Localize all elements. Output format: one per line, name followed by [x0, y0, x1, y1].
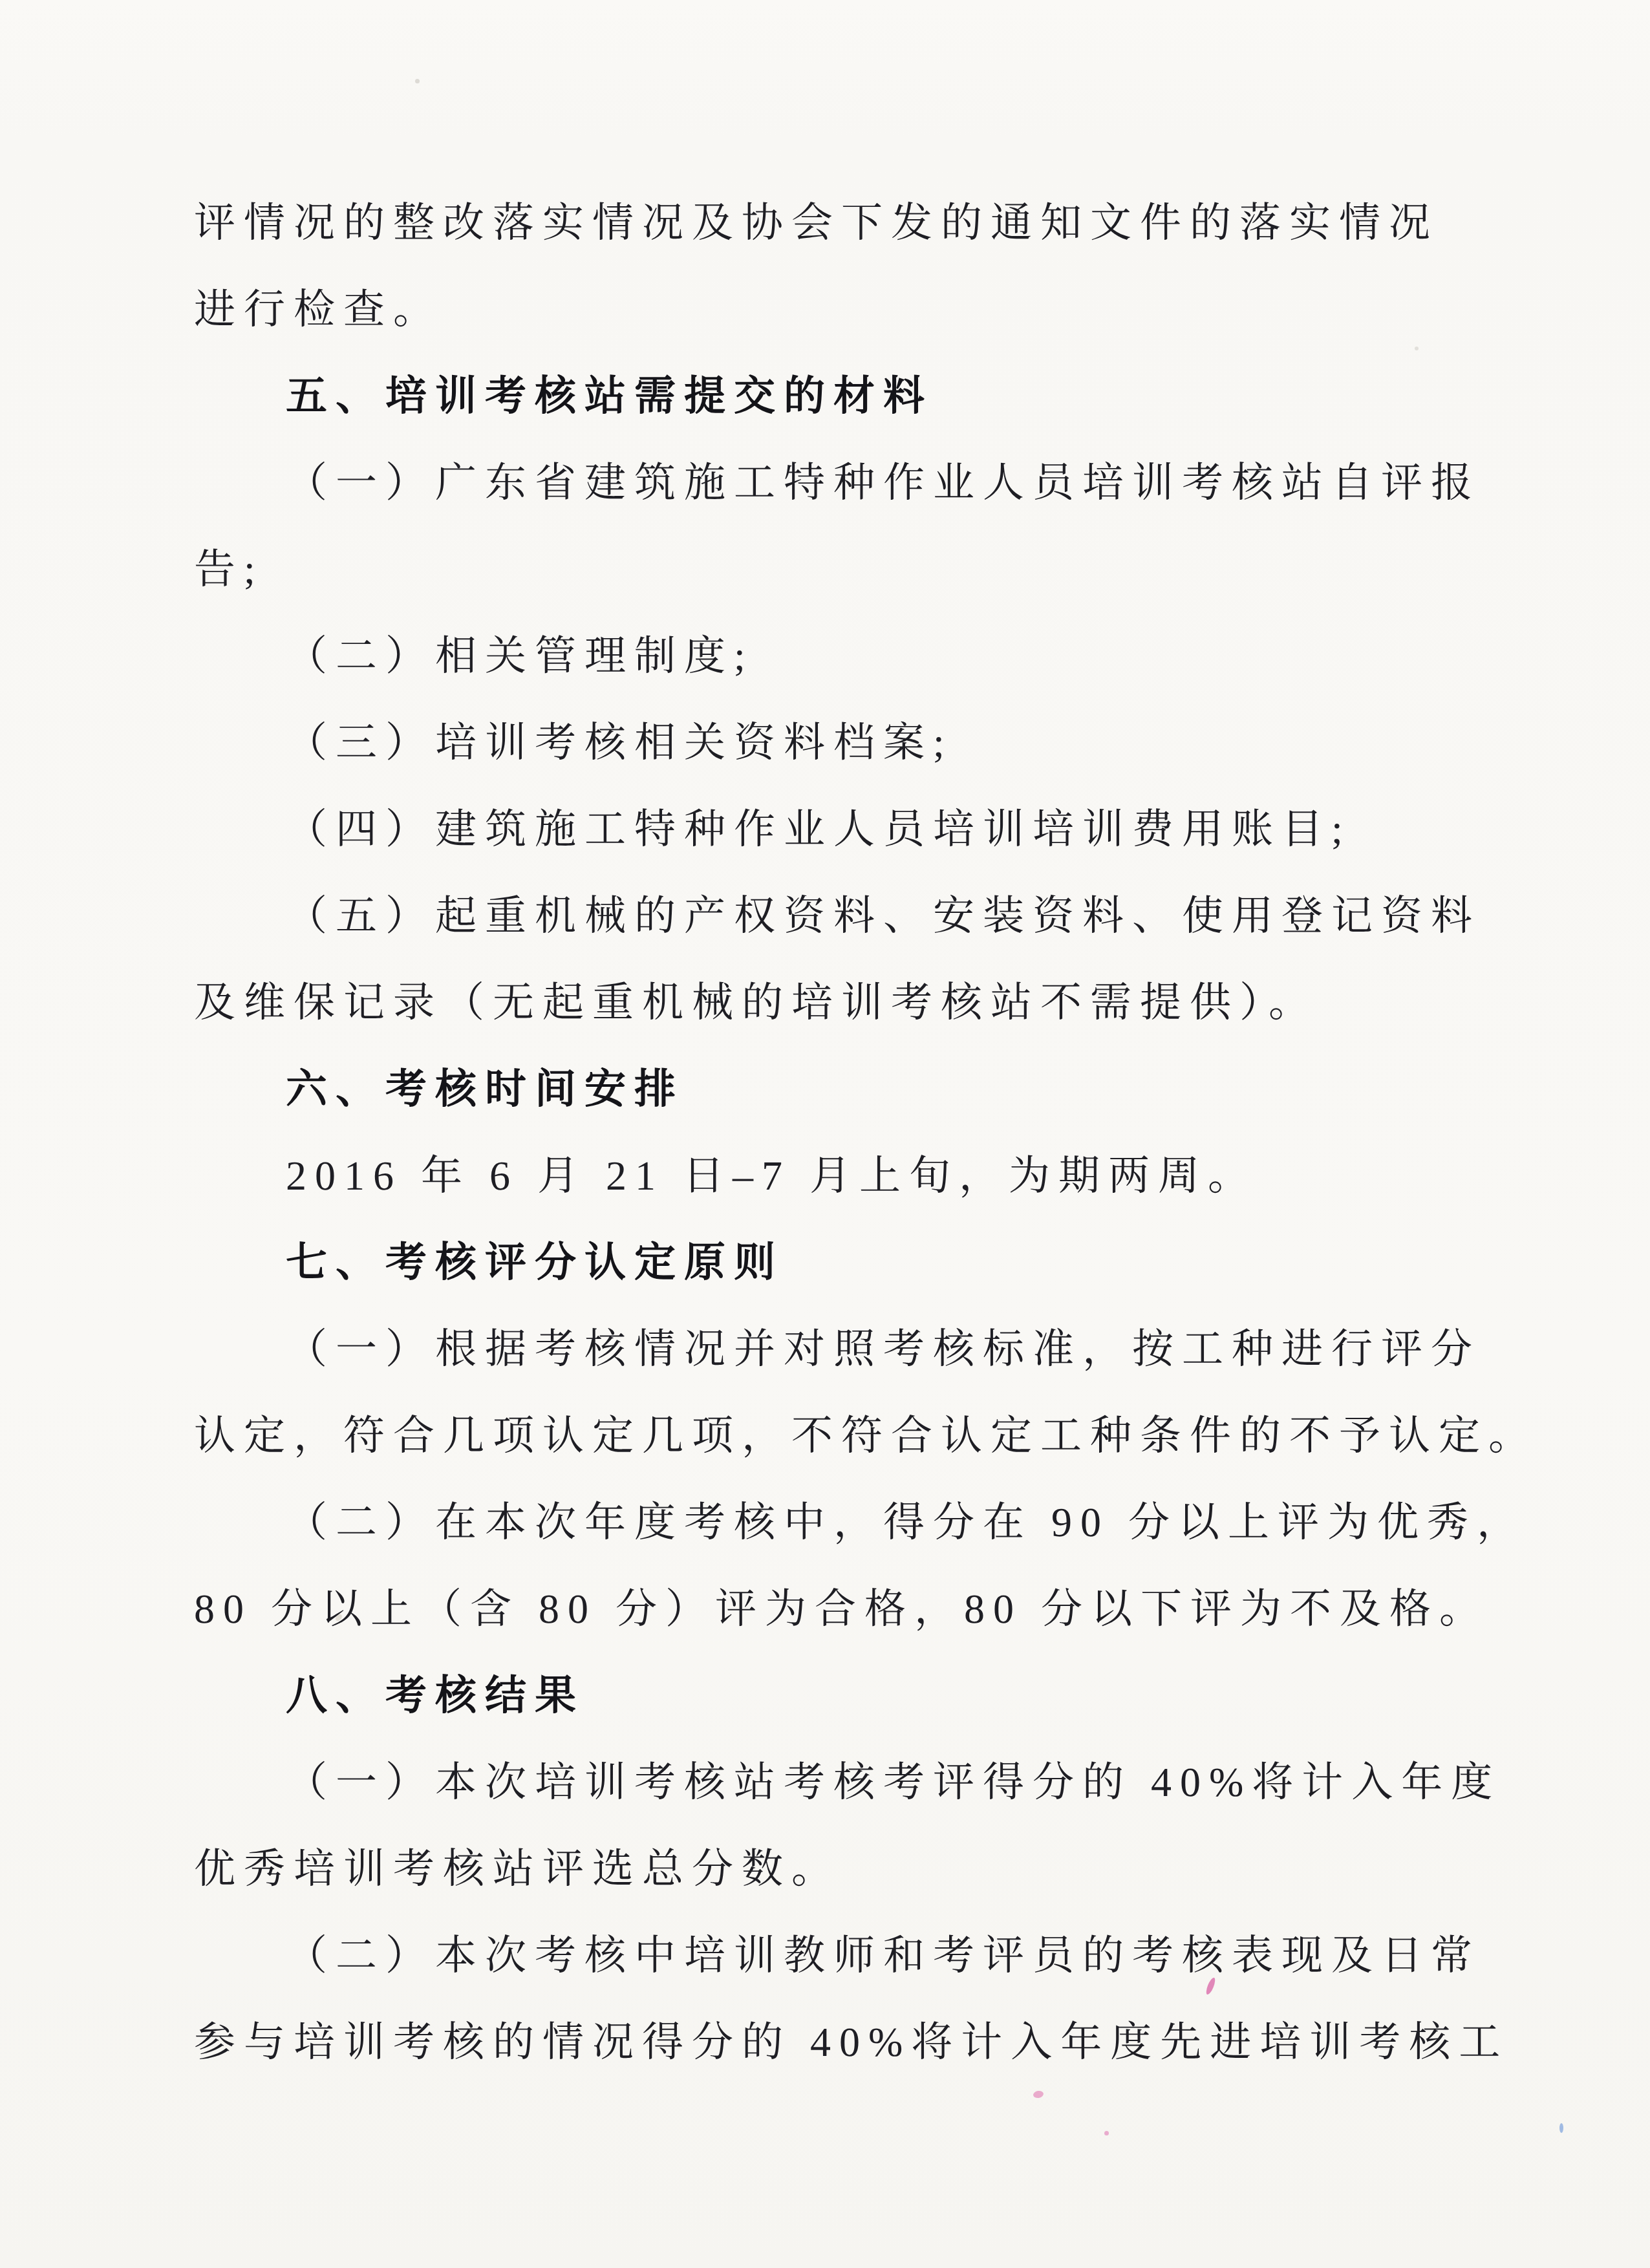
text-line: （一）根据考核情况并对照考核标准，按工种进行评分 [194, 1306, 1481, 1393]
text-line: 告; [194, 526, 1481, 613]
text-line: （二）相关管理制度; [194, 613, 1481, 700]
section-heading: 七、考核评分认定原则 [194, 1219, 1481, 1306]
text-line: （四）建筑施工特种作业人员培训培训费用账目; [194, 786, 1481, 873]
pink-pen-mark [1104, 2131, 1109, 2135]
scan-speck [415, 79, 420, 83]
text-line: 评情况的整改落实情况及协会下发的通知文件的落实情况 [194, 180, 1481, 266]
text-line: （五）起重机械的产权资料、安装资料、使用登记资料 [194, 873, 1481, 959]
text-line: 2016 年 6 月 21 日–7 月上旬，为期两周。 [194, 1133, 1481, 1219]
scan-speck [1415, 347, 1419, 350]
document-text-block: 评情况的整改落实情况及协会下发的通知文件的落实情况 进行检查。 五、培训考核站需… [194, 180, 1481, 2086]
text-line: （三）培训考核相关资料档案; [194, 700, 1481, 786]
text-line: （一）本次培训考核站考核考评得分的 40%将计入年度 [194, 1739, 1481, 1826]
text-line: 及维保记录（无起重机械的培训考核站不需提供）。 [194, 959, 1481, 1046]
scanned-page: { "page": { "kind": "scanned official do… [0, 0, 1650, 2268]
blue-scan-speck [1559, 2123, 1563, 2133]
section-heading: 五、培训考核站需提交的材料 [194, 353, 1481, 440]
section-heading: 六、考核时间安排 [194, 1046, 1481, 1133]
text-line: 参与培训考核的情况得分的 40%将计入年度先进培训考核工 [194, 1999, 1481, 2086]
text-line: 进行检查。 [194, 266, 1481, 353]
text-line: （二）在本次年度考核中，得分在 90 分以上评为优秀， [194, 1479, 1481, 1566]
text-line: （一）广东省建筑施工特种作业人员培训考核站自评报 [194, 440, 1481, 526]
section-heading: 八、考核结果 [194, 1653, 1481, 1739]
text-line: 认定，符合几项认定几项，不符合认定工种条件的不予认定。 [194, 1393, 1481, 1479]
text-line: （二）本次考核中培训教师和考评员的考核表现及日常 [194, 1912, 1481, 1999]
text-line: 80 分以上（含 80 分）评为合格，80 分以下评为不及格。 [194, 1566, 1481, 1653]
text-line: 优秀培训考核站评选总分数。 [194, 1826, 1481, 1912]
